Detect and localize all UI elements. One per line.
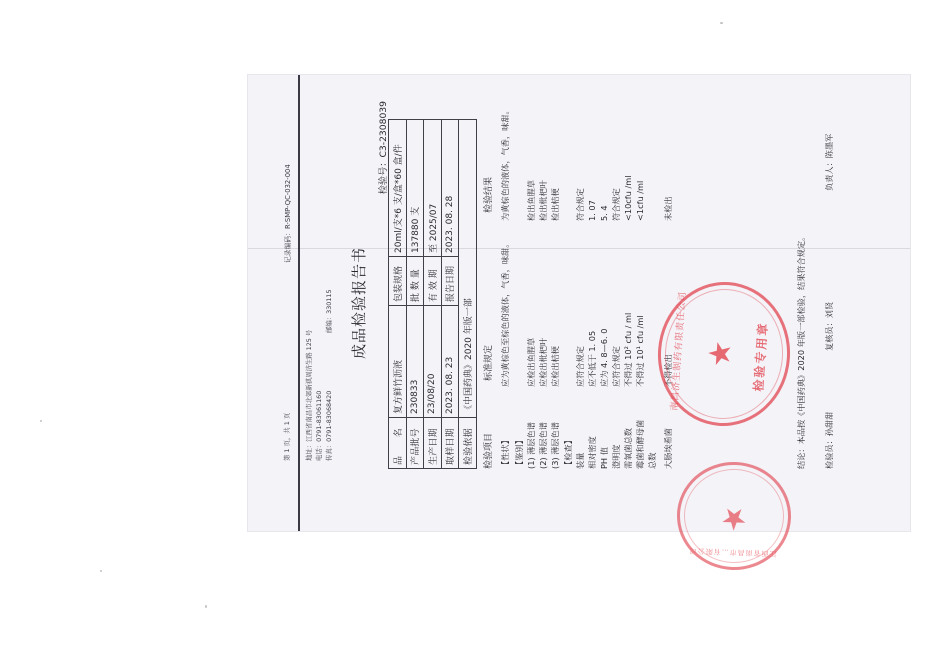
standard: 不得过 10² cfu / ml [623, 313, 634, 387]
conclusion: 结论：本品按《中国药典》2020 年版一部检验，结果符合规定。 [796, 233, 807, 469]
label-test-basis: 检验依据 [459, 418, 477, 469]
company-fax: 传真：0791-83068420 [324, 391, 333, 461]
supervisor-signature: 负责人：陈墨军 [824, 134, 835, 191]
scanned-paper: 第 1 页，共 1 页 记录编码：R-SMP-QC-032-004 地址：江西省… [248, 75, 910, 531]
test-item: 总数 [647, 453, 658, 469]
company-postcode: 邮编：330115 [324, 289, 333, 333]
test-item: PH 值 [599, 447, 610, 469]
test-item: 装量 [575, 453, 586, 469]
standard: 不得过 10¹ cfu /ml [635, 315, 646, 387]
label-product-name: 品 名 [389, 418, 407, 469]
test-item: 相对密度 [587, 436, 598, 469]
label-report-date: 报告日期 [441, 257, 459, 306]
scan-speck [40, 420, 42, 422]
test-item: 需氧菌总数 [623, 428, 634, 469]
standard: 应符合规定 [575, 346, 586, 387]
value-production-date: 23/08/20 [424, 306, 442, 418]
label-expiry: 有 效 期 [424, 257, 442, 306]
table-row: 品 名 复方鲜竹沥液 包装规格 20ml/支*6 支/盒*60 盒/件 [389, 120, 407, 469]
page-info: 第 1 页，共 1 页 [282, 413, 291, 461]
standard: 应检出枇杷叶 [538, 338, 549, 387]
scan-speck [205, 605, 207, 608]
test-item: 【检查】 [563, 436, 574, 469]
result: 为黄棕色的液体，气香，味甜。 [500, 106, 511, 221]
column-header-standard: 标准规定 [481, 345, 494, 381]
standard: 应为黄棕色至棕色的液体，气香，味甜。 [500, 240, 511, 387]
result: 符合规定 [611, 188, 622, 221]
page-title: 成品检验报告书 [348, 75, 369, 531]
value-package-spec: 20ml/支*6 支/盒*60 盒/件 [389, 120, 407, 257]
table-row: 检验依据 《中国药典》2020 年版一部 [459, 120, 477, 469]
result: <1cfu /ml [635, 181, 645, 221]
test-item: 大肠埃希菌 [663, 428, 674, 469]
test-item: (3) 薄层色谱 [550, 422, 561, 469]
scan-speck [720, 22, 723, 24]
scan-speck [100, 570, 102, 572]
test-item: 【鉴别】 [514, 436, 525, 469]
test-item: 霉菌和酵母菌 [635, 420, 646, 469]
product-info-table: 品 名 复方鲜竹沥液 包装规格 20ml/支*6 支/盒*60 盒/件 产品批号… [388, 119, 477, 469]
column-header-result: 检验结果 [481, 177, 494, 213]
record-code: 记录编码：R-SMP-QC-032-004 [282, 164, 292, 263]
label-production-date: 生产日期 [424, 418, 442, 469]
result: 检出鱼腥草 [526, 180, 537, 221]
standard: 应为 4. 8—6. 0 [599, 329, 610, 387]
table-row: 生产日期 23/08/20 有 效 期 至 2025/07 [424, 120, 442, 469]
label-batch-qty: 批 数 量 [406, 257, 424, 306]
value-sampling-date: 2023. 08. 23 [441, 306, 459, 418]
table-row: 产品批号 230833 批 数 量 137880 支 [406, 120, 424, 469]
test-item: 澄明度 [611, 444, 622, 469]
test-item: (1) 薄层色谱 [526, 422, 537, 469]
company-address: 地址：江西省南昌市北郊新祺周济生路 125 号 [304, 330, 313, 461]
label-batch-no: 产品批号 [406, 418, 424, 469]
standard: 应不低于 1. 05 [587, 331, 598, 387]
result: 检出桔梗 [550, 188, 561, 221]
table-row: 取样日期 2023. 08. 23 报告日期 2023. 08. 28 [441, 120, 459, 469]
label-package-spec: 包装规格 [389, 257, 407, 306]
standard: 应检出桔梗 [550, 346, 561, 387]
value-product-name: 复方鲜竹沥液 [389, 306, 407, 418]
reviewer-signature: 复核员：刘贤 [824, 302, 835, 351]
star-icon: ★ [706, 339, 738, 368]
star-icon: ★ [720, 503, 748, 534]
test-item: 【性状】 [500, 436, 511, 469]
inspection-report-document: 第 1 页，共 1 页 记录编码：R-SMP-QC-032-004 地址：江西省… [248, 75, 910, 531]
qc-inspection-seal: 南昌济生制药有限责任公司 ★ 检验专用章 [653, 278, 795, 431]
result: 符合规定 [575, 188, 586, 221]
value-expiry: 至 2025/07 [424, 120, 442, 257]
column-header-item: 检验项目 [481, 433, 494, 469]
value-batch-no: 230833 [406, 306, 424, 418]
report-number: 检验号：C3-2308039 [375, 101, 389, 194]
company-seal: 江西省南昌市…有限公司 ★ [675, 460, 793, 572]
value-report-date: 2023. 08. 28 [441, 120, 459, 257]
result: 5. 4 [599, 205, 609, 221]
value-test-basis: 《中国药典》2020 年版一部 [459, 120, 477, 418]
label-sampling-date: 取样日期 [441, 418, 459, 469]
result: 未检出 [663, 196, 674, 221]
result: 1. 07 [587, 200, 597, 221]
standard: 应符合规定 [611, 346, 622, 387]
test-item: (2) 薄层色谱 [538, 422, 549, 469]
value-batch-qty: 137880 支 [406, 120, 424, 257]
company-phone: 电话：0791-83061160 [314, 391, 323, 461]
inspector-signature: 检验员：孙甜甜 [824, 412, 835, 469]
header-rule [298, 75, 300, 531]
standard: 应检出鱼腥草 [526, 338, 537, 387]
result: <10cfu /ml [623, 176, 633, 221]
result: 检出枇杷叶 [538, 180, 549, 221]
